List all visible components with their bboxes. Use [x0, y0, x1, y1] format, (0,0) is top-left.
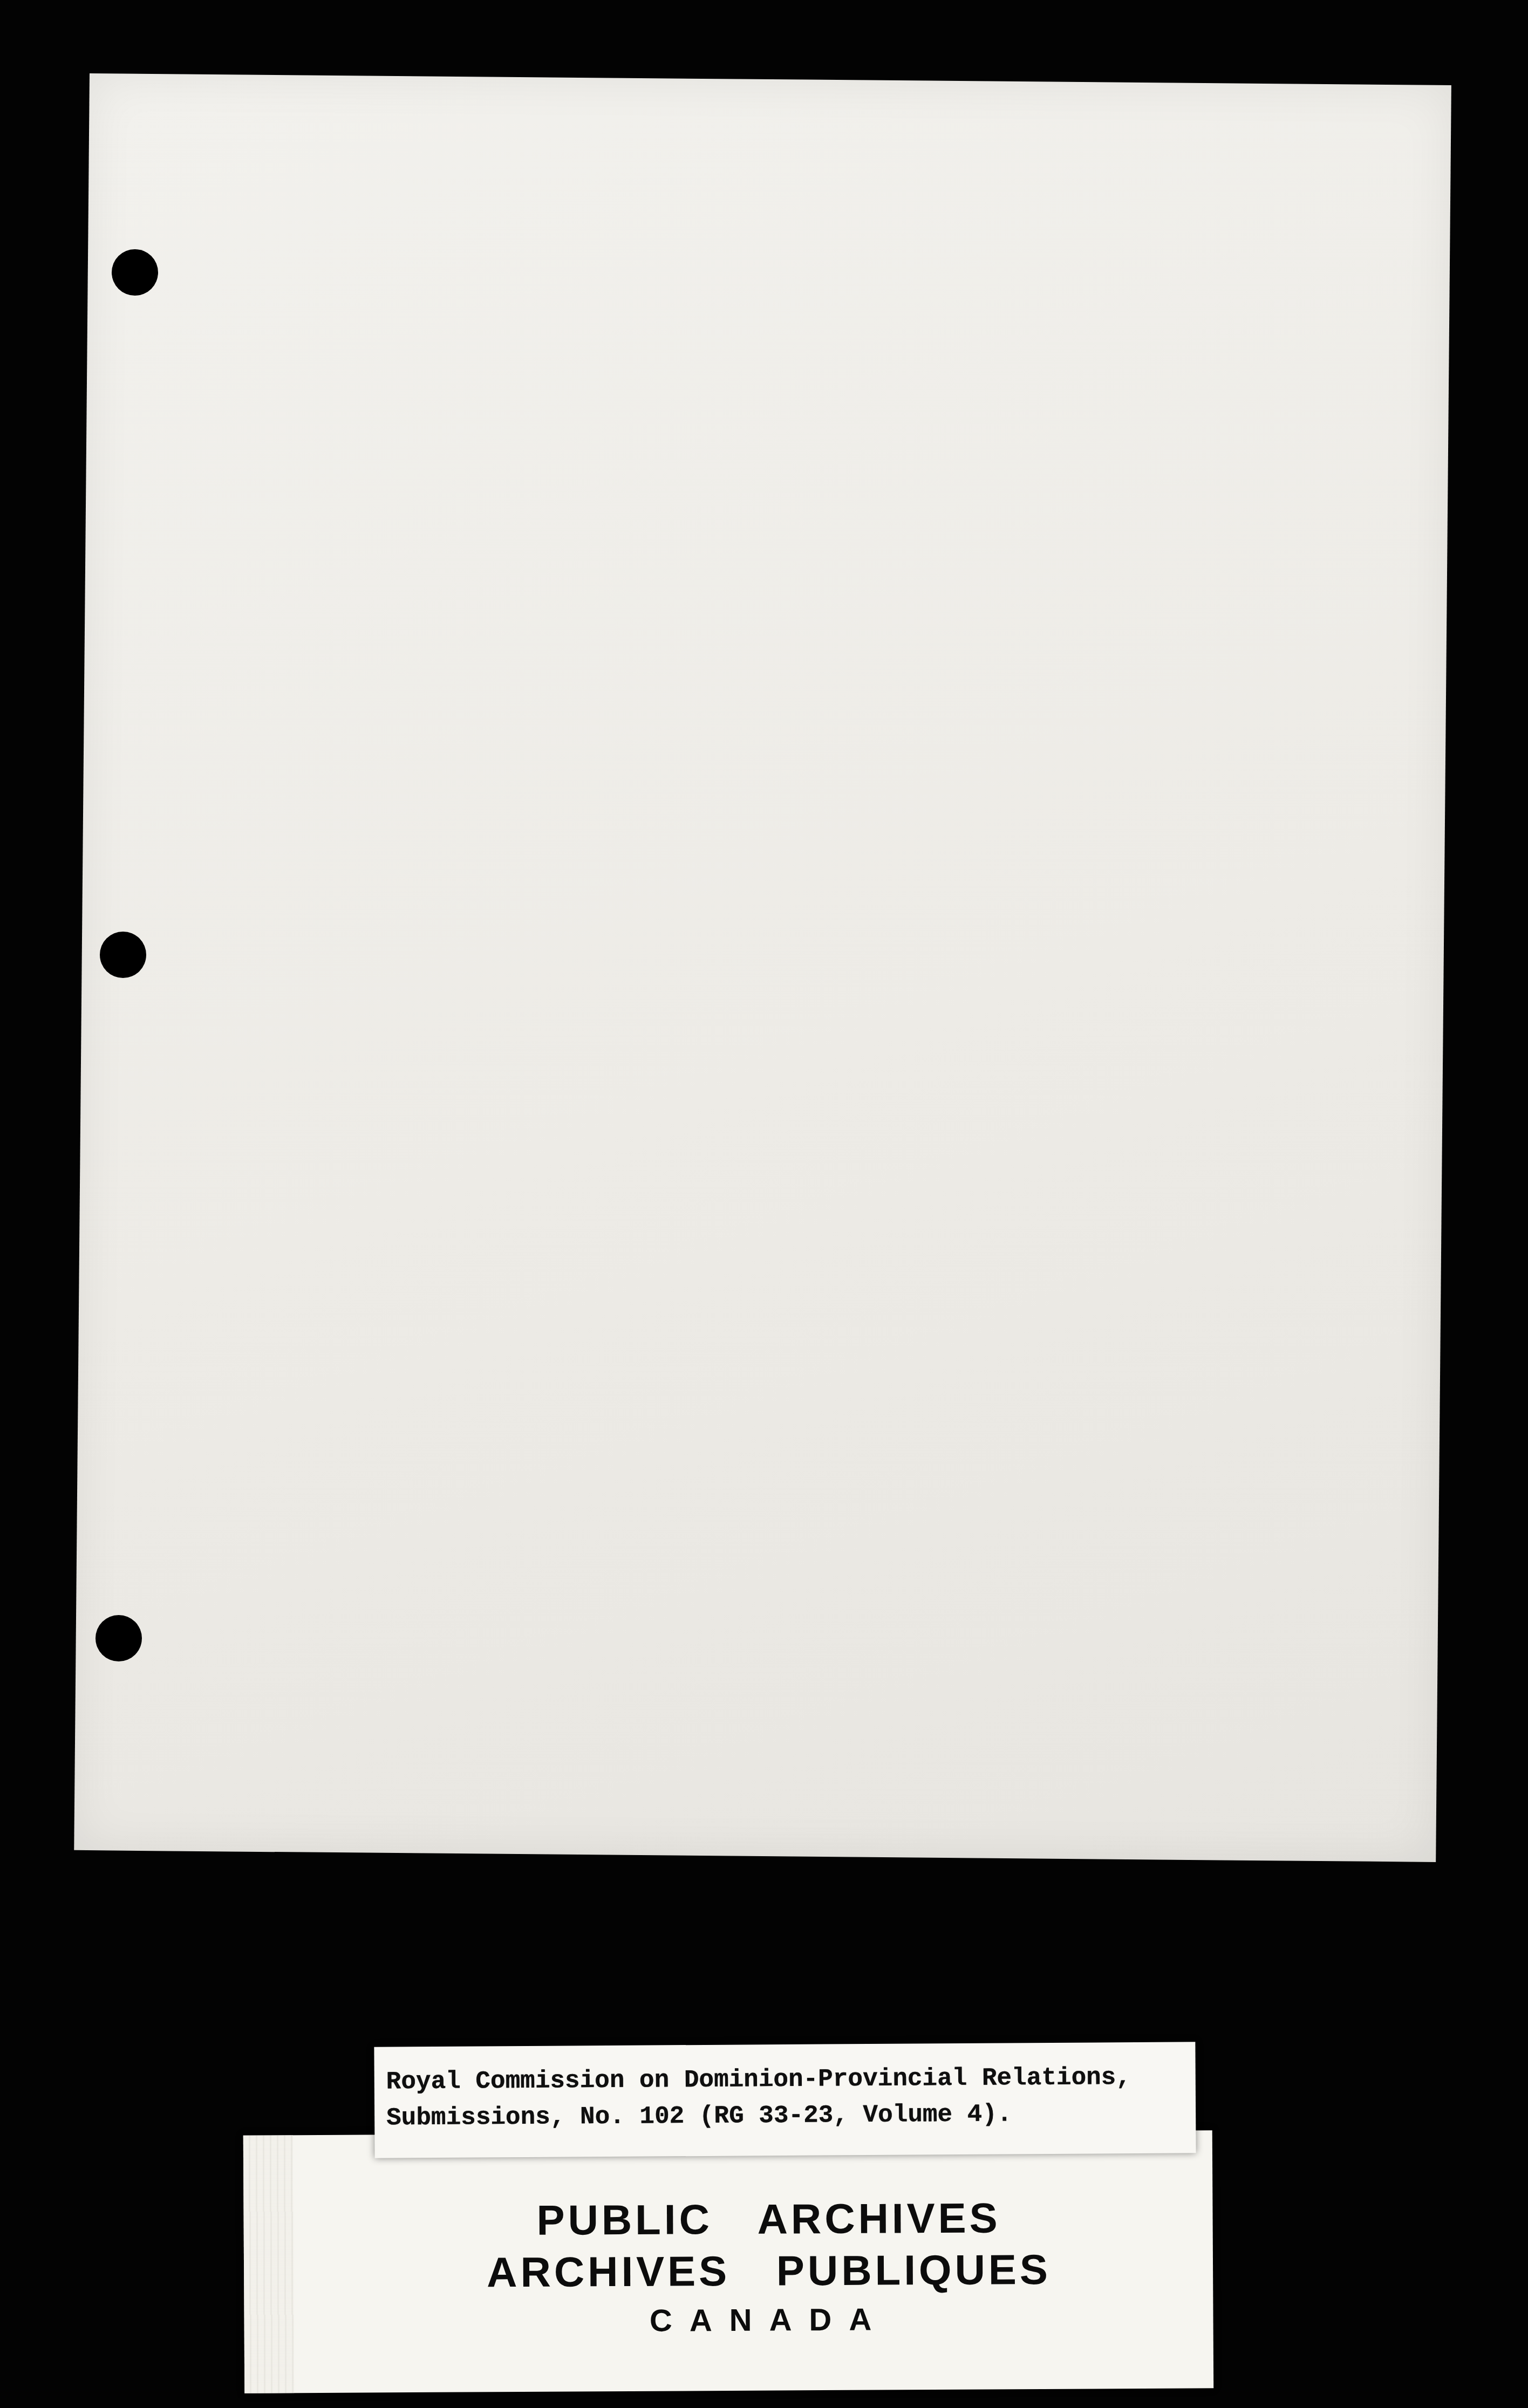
public-archives-stamp-text: PUBLIC ARCHIVES ARCHIVES PUBLIQUES CANAD… [324, 2130, 1213, 2393]
royal-commission-line-2: Submissions, No. 102 (RG 33-23, Volume 4… [386, 2095, 1196, 2136]
public-archives-line-canada: CANADA [325, 2295, 1213, 2345]
royal-commission-line-1: Royal Commission on Dominion-Provincial … [386, 2059, 1196, 2100]
public-archives-stamp: PUBLIC ARCHIVES ARCHIVES PUBLIQUES CANAD… [243, 2130, 1213, 2393]
public-archives-line-french: ARCHIVES PUBLIQUES [325, 2242, 1213, 2299]
punch-hole-middle [100, 932, 146, 978]
scan-background: { "colors": { "background": "#030303", "… [0, 0, 1528, 2408]
punch-hole-top [112, 249, 158, 296]
royal-commission-stamp-text: Royal Commission on Dominion-Provincial … [374, 2042, 1196, 2136]
royal-commission-stamp: Royal Commission on Dominion-Provincial … [374, 2042, 1196, 2158]
public-archives-line-english: PUBLIC ARCHIVES [324, 2191, 1212, 2247]
stamp-backing-strip [243, 2135, 295, 2393]
punch-hole-bottom [95, 1615, 142, 1661]
document-page [74, 73, 1451, 1862]
